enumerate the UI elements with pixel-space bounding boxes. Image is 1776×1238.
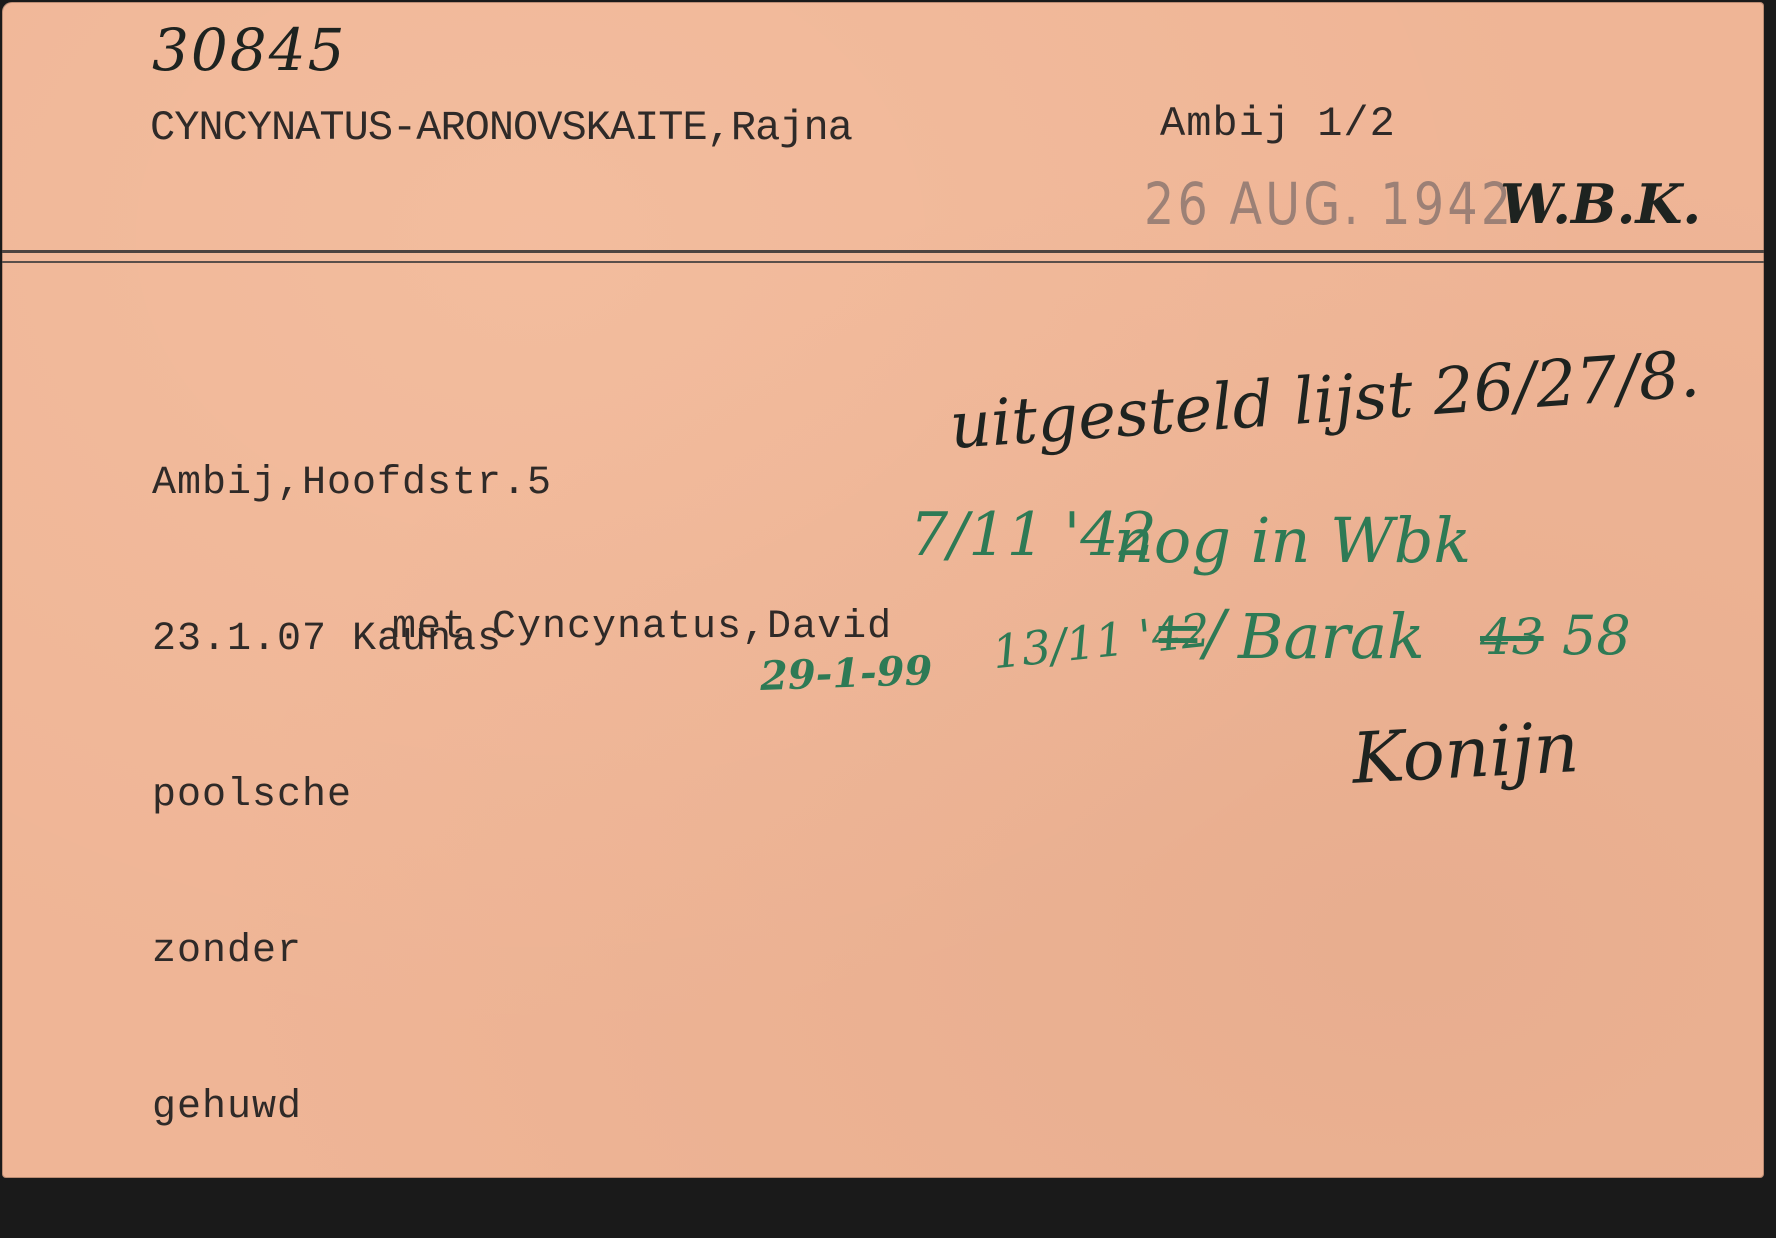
annotation-deferred-list: uitgesteld lijst 26/27/8. bbox=[947, 338, 1702, 464]
date-stamp: 26 AUG. 1942 bbox=[1144, 170, 1514, 238]
person-details: Ambij,Hoofdstr.5 23.1.07 Kaunas poolsche… bbox=[152, 354, 552, 1184]
annotation-signature: Konijn bbox=[1350, 706, 1581, 800]
nationality: poolsche bbox=[152, 770, 552, 822]
religion: zonder bbox=[152, 926, 552, 978]
header-divider bbox=[2, 250, 1764, 253]
spouse-birthdate: 29-1-99 bbox=[759, 647, 933, 700]
marital-status: gehuwd bbox=[152, 1082, 552, 1134]
annotation-barak-struck-number: 43 bbox=[1480, 608, 1544, 666]
spouse-name: met Cyncynatus,David bbox=[392, 602, 892, 654]
location-code: Ambij 1/2 bbox=[1160, 98, 1396, 150]
annotation-barak-number: 58 bbox=[1562, 604, 1631, 667]
archive-index-card: 30845 CYNCYNATUS-ARONOVSKAITE,Rajna Ambi… bbox=[2, 2, 1764, 1178]
annotation-barak-prefix: =/ bbox=[1152, 596, 1225, 669]
initials-signature: W.B.K. bbox=[1500, 172, 1701, 236]
person-name: CYNCYNATUS-ARONOVSKAITE,Rajna bbox=[150, 102, 852, 154]
address: Ambij,Hoofdstr.5 bbox=[152, 458, 552, 510]
annotation-still-in-wbk: nog in Wbk bbox=[1114, 504, 1471, 577]
card-number: 30845 bbox=[152, 16, 347, 84]
header-divider-thin bbox=[2, 261, 1764, 263]
annotation-barak-label: Barak bbox=[1238, 600, 1425, 673]
